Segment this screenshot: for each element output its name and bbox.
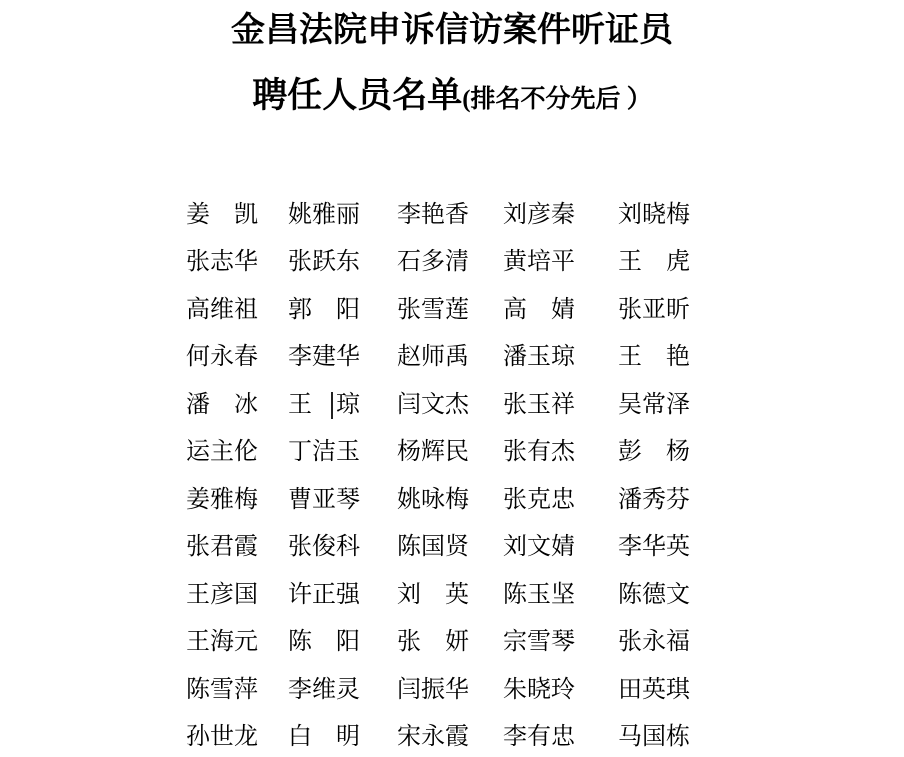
roster-name: 陈德文: [618, 583, 690, 607]
roster-name: 闫文杰: [397, 393, 503, 417]
roster-name: 赵师禹: [397, 345, 503, 369]
roster-name: 刘 英: [397, 583, 503, 607]
roster-name: 石多清: [397, 250, 503, 274]
roster-name: 刘文婧: [503, 535, 618, 559]
roster-name: 张克忠: [503, 488, 618, 512]
document-page: 金昌法院申诉信访案件听证员 聘任人员名单(排名不分先后 ） 姜 凯 姚雅丽 李艳…: [0, 0, 904, 757]
roster-name: 何永春: [186, 345, 288, 369]
roster-row: 张志华 张跃东 石多清 黄培平 王 虎: [186, 239, 690, 287]
subtitle-main-text: 聘任人员名单: [252, 76, 462, 115]
roster-name: 张君霞: [186, 535, 288, 559]
roster-row: 孙世龙 白 明 宋永霞 李有忠 马国栋: [186, 714, 690, 757]
subtitle-note-text: (排名不分先后 ）: [462, 86, 652, 113]
roster-name: 潘玉琼: [503, 345, 618, 369]
roster-name: 刘彦秦: [503, 203, 618, 227]
document-title: 金昌法院申诉信访案件听证员: [0, 10, 904, 52]
roster-name: 张有杰: [503, 440, 618, 464]
roster-name: 黄培平: [503, 250, 618, 274]
roster-name: 宋永霞: [397, 725, 503, 749]
roster-name: 郭 阳: [288, 298, 397, 322]
roster-name: 王 虎: [618, 250, 690, 274]
roster-name: 陈玉坚: [503, 583, 618, 607]
roster-name: 张雪莲: [397, 298, 503, 322]
roster-row: 王彦国 许正强 刘 英 陈玉坚 陈德文: [186, 571, 690, 619]
roster-name: 田英琪: [618, 678, 690, 702]
roster-row: 运主伦 丁洁玉 杨辉民 张有杰 彭 杨: [186, 429, 690, 477]
roster-name: 李维灵: [288, 678, 397, 702]
roster-name: 李建华: [288, 345, 397, 369]
roster-name: 王 琼: [288, 393, 397, 417]
roster-row: 陈雪萍 李维灵 闫振华 朱晓玲 田英琪: [186, 666, 690, 714]
roster-row: 张君霞 张俊科 陈国贤 刘文婧 李华英: [186, 524, 690, 572]
name-roster: 姜 凯 姚雅丽 李艳香 刘彦秦 刘晓梅 张志华 张跃东 石多清 黄培平 王 虎 …: [186, 191, 690, 757]
roster-name: 张志华: [186, 250, 288, 274]
roster-name: 吴常泽: [618, 393, 690, 417]
roster-row: 姜雅梅 曹亚琴 姚咏梅 张克忠 潘秀芬: [186, 476, 690, 524]
text-cursor: [331, 392, 333, 419]
roster-name: 张永福: [618, 630, 690, 654]
roster-name: 李华英: [618, 535, 690, 559]
roster-row: 何永春 李建华 赵师禹 潘玉琼 王 艳: [186, 334, 690, 382]
roster-name: 张玉祥: [503, 393, 618, 417]
roster-name: 王 艳: [618, 345, 690, 369]
roster-name: 刘晓梅: [618, 203, 690, 227]
roster-name: 陈 阳: [288, 630, 397, 654]
roster-name: 孙世龙: [186, 725, 288, 749]
roster-name: 张俊科: [288, 535, 397, 559]
roster-name: 张跃东: [288, 250, 397, 274]
roster-row: 姜 凯 姚雅丽 李艳香 刘彦秦 刘晓梅: [186, 191, 690, 239]
roster-row: 王海元 陈 阳 张 妍 宗雪琴 张永福: [186, 619, 690, 667]
roster-name: 朱晓玲: [503, 678, 618, 702]
roster-name: 运主伦: [186, 440, 288, 464]
roster-name: 王彦国: [186, 583, 288, 607]
roster-name: 张亚昕: [618, 298, 690, 322]
roster-name: 姜 凯: [186, 203, 288, 227]
roster-name: 宗雪琴: [503, 630, 618, 654]
roster-name: 姜雅梅: [186, 488, 288, 512]
roster-row: 潘 冰 王 琼 闫文杰 张玉祥 吴常泽: [186, 381, 690, 429]
roster-name: 潘 冰: [186, 393, 288, 417]
roster-name: 马国栋: [618, 725, 690, 749]
roster-name: 杨辉民: [397, 440, 503, 464]
roster-name: 潘秀芬: [618, 488, 690, 512]
roster-name: 丁洁玉: [288, 440, 397, 464]
roster-name: 闫振华: [397, 678, 503, 702]
roster-name: 高 婧: [503, 298, 618, 322]
roster-name: 高维祖: [186, 298, 288, 322]
document-subtitle: 聘任人员名单(排名不分先后 ）: [0, 74, 904, 122]
roster-name: 李艳香: [397, 203, 503, 227]
roster-name: 彭 杨: [618, 440, 690, 464]
roster-name: 姚咏梅: [397, 488, 503, 512]
roster-name: 陈雪萍: [186, 678, 288, 702]
roster-name: 王海元: [186, 630, 288, 654]
roster-name: 张 妍: [397, 630, 503, 654]
roster-name: 李有忠: [503, 725, 618, 749]
roster-name: 曹亚琴: [288, 488, 397, 512]
roster-name: 姚雅丽: [288, 203, 397, 227]
roster-name: 白 明: [288, 725, 397, 749]
roster-row: 高维祖 郭 阳 张雪莲 高 婧 张亚昕: [186, 286, 690, 334]
roster-name: 许正强: [288, 583, 397, 607]
roster-name: 陈国贤: [397, 535, 503, 559]
